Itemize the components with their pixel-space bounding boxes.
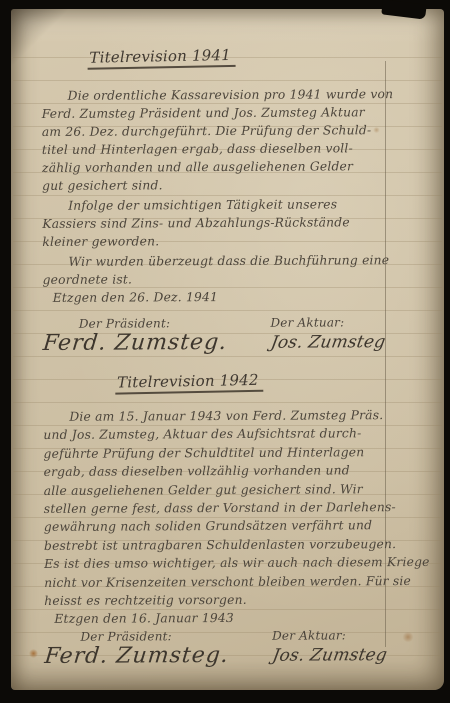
aktuar-signature-group: Der Aktuar: Jos. Zumsteg — [272, 629, 387, 670]
handwriting-line: stellen gerne fest, dass der Vorstand in… — [44, 498, 404, 518]
handwriting-line: Kassiers sind Zins- und Abzahlungs-Rücks… — [42, 213, 402, 233]
paragraph-audit-1941: Die ordentliche Kassarevision pro 1941 w… — [42, 85, 403, 195]
aktuar-signature-group: Der Aktuar: Jos. Zumsteg — [270, 315, 385, 356]
handwriting-line: Es ist dies umso wichtiger, als wir auch… — [44, 553, 404, 573]
paragraph-bookkeeping: Wir wurden überzeugt dass die Buchführun… — [42, 251, 402, 289]
handwriting-line: alle ausgeliehenen Gelder gut gesichert … — [44, 480, 404, 500]
handwriting-line: Ferd. Zumsteg Präsident und Jos. Zumsteg… — [42, 103, 402, 123]
handwriting-line: gut gesichert sind. — [42, 175, 402, 195]
handwriting-line: nicht vor Krisenzeiten verschont bleiben… — [44, 572, 404, 592]
handwriting-line: geführte Prüfung der Schuldtitel und Hin… — [43, 443, 403, 463]
aktuar-signature: Jos. Zumsteg — [270, 643, 389, 670]
foxing-spot — [29, 649, 38, 658]
page-edge-tear — [381, 0, 427, 20]
handwriting-line: kleiner geworden. — [42, 231, 402, 251]
handwriting-line: bestrebt ist untragbaren Schuldenlasten … — [44, 535, 404, 555]
section-heading-1941: Titelrevision 1941 — [87, 46, 401, 69]
paragraph-arrears: Infolge der umsichtigen Tätigkeit unsere… — [42, 195, 402, 251]
president-signature: Ferd. Zumsteg. — [43, 643, 230, 670]
handwriting-line: zählig vorhanden und alle ausgeliehenen … — [42, 157, 402, 177]
paragraph-audit-1942: Die am 15. Januar 1943 von Ferd. Zumsteg… — [43, 406, 404, 610]
president-role-label: Der Präsident: — [79, 316, 227, 331]
heading-underlined-text: Titelrevision 1942 — [115, 371, 263, 395]
president-signature-group: Der Präsident: Ferd. Zumsteg. — [43, 316, 227, 357]
signature-block-1941: Der Präsident: Ferd. Zumsteg. Der Aktuar… — [43, 315, 403, 357]
handwriting-line: Die am 15. Januar 1943 von Ferd. Zumsteg… — [43, 406, 403, 426]
president-signature-group: Der Präsident: Ferd. Zumsteg. — [44, 629, 228, 670]
aktuar-role-label: Der Aktuar: — [272, 629, 386, 644]
handwriting-line: und Jos. Zumsteg, Aktuar des Aufsichtsra… — [43, 424, 403, 444]
signature-block-1942: Der Präsident: Ferd. Zumsteg. Der Aktuar… — [44, 629, 404, 671]
handwriting-line: titel und Hinterlagen ergab, dass diesel… — [42, 139, 402, 159]
handwriting-line: ergab, dass dieselben vollzählig vorhand… — [44, 461, 404, 481]
photo-frame: Titelrevision 1941 Die ordentliche Kassa… — [0, 0, 450, 703]
heading-underlined-text: Titelrevision 1941 — [87, 46, 235, 70]
handwriting-line: Die ordentliche Kassarevision pro 1941 w… — [42, 85, 402, 105]
president-role-label: Der Präsident: — [80, 629, 228, 644]
dateline-1943: Etzgen den 16. Januar 1943 — [54, 609, 404, 629]
section-heading-1942: Titelrevision 1942 — [115, 371, 403, 394]
handwritten-text: Titelrevision 1941 Die ordentliche Kassa… — [41, 46, 404, 670]
dateline-1941: Etzgen den 26. Dez. 1941 — [53, 287, 403, 307]
president-signature: Ferd. Zumsteg. — [42, 330, 229, 357]
handwriting-line: Wir wurden überzeugt dass die Buchführun… — [42, 251, 402, 271]
aktuar-role-label: Der Aktuar: — [270, 315, 384, 330]
aktuar-signature: Jos. Zumsteg — [268, 329, 387, 356]
handwriting-line: geordnete ist. — [43, 269, 403, 289]
paper-page: Titelrevision 1941 Die ordentliche Kassa… — [11, 9, 444, 690]
handwriting-line: am 26. Dez. durchgeführt. Die Prüfung de… — [42, 121, 402, 141]
handwriting-line: heisst es rechtzeitig vorsorgen. — [44, 590, 404, 610]
handwriting-line: gewährung nach soliden Grundsätzen verfä… — [44, 516, 404, 536]
handwriting-line: Infolge der umsichtigen Tätigkeit unsere… — [42, 195, 402, 215]
